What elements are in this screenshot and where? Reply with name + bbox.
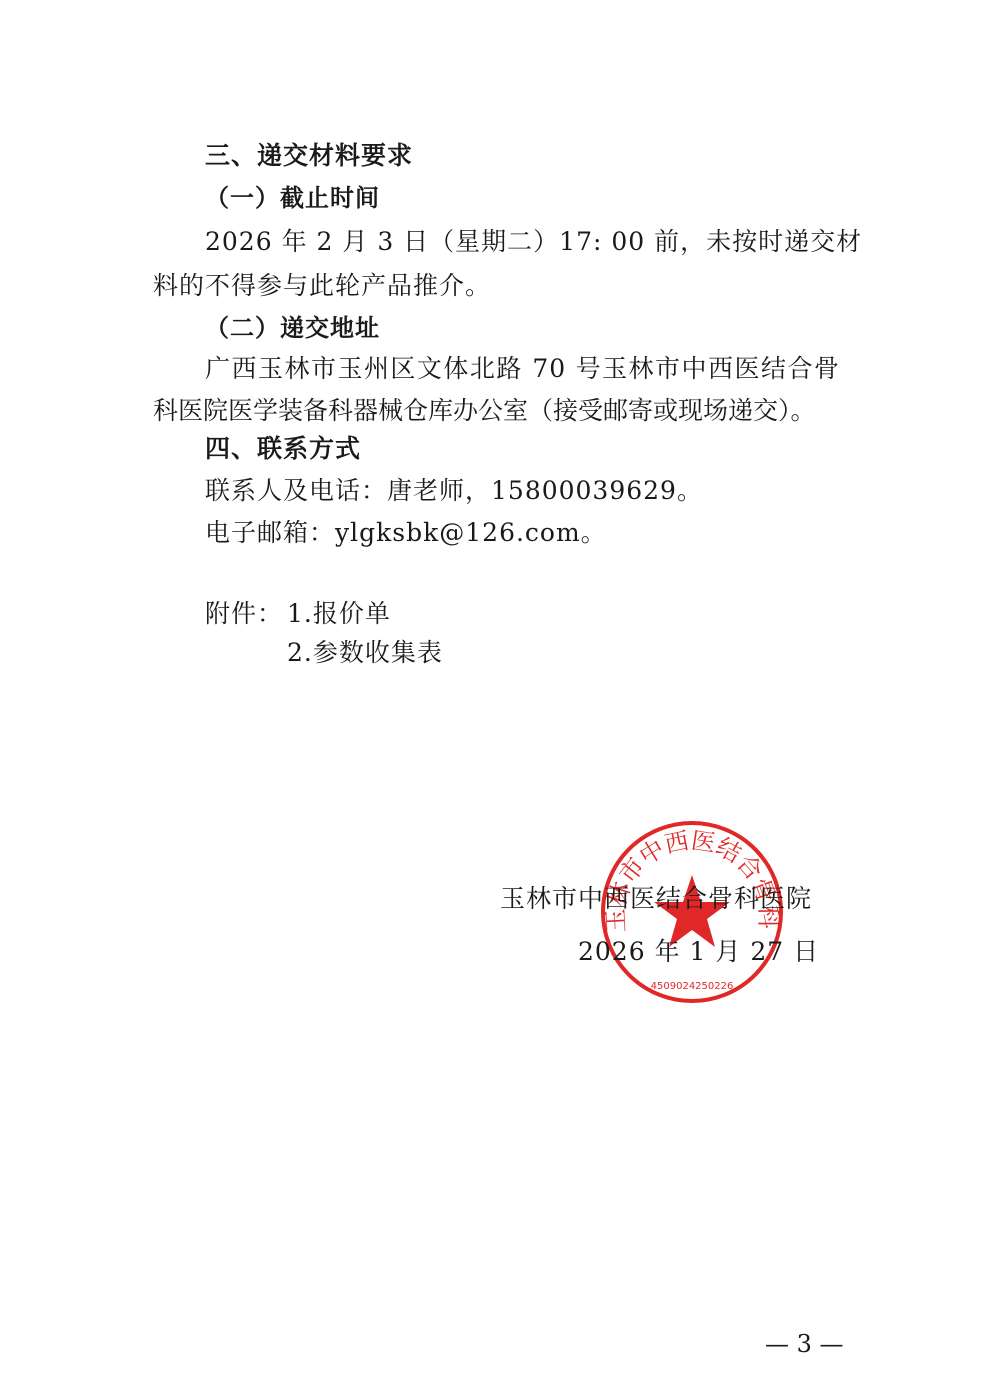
address-text-line2: 科医院医学装备科器械仓库办公室（接受邮寄或现场递交）。 bbox=[153, 391, 816, 427]
svg-text:4509024250226: 4509024250226 bbox=[651, 981, 734, 992]
section4-heading: 四、联系方式 bbox=[205, 429, 361, 465]
section3-heading: 三、递交材料要求 bbox=[205, 136, 413, 172]
contact-line: 联系人及电话：唐老师，15800039629。 bbox=[205, 471, 703, 507]
signature-date: 2026 年 1 月 27 日 bbox=[578, 932, 819, 968]
page-number: — 3 — bbox=[765, 1330, 844, 1358]
deadline-text-line2: 料的不得参与此轮产品推介。 bbox=[153, 266, 491, 302]
attachments-label: 附件： bbox=[205, 594, 283, 630]
address-text-line1: 广西玉林市玉州区文体北路 70 号玉林市中西医结合骨 bbox=[205, 349, 840, 385]
signature-org: 玉林市中西医结合骨科医院 bbox=[500, 879, 812, 915]
deadline-text-line1: 2026 年 2 月 3 日（星期二）17: 00 前，未按时递交材 bbox=[205, 222, 840, 258]
attachment-item-1: 1.报价单 bbox=[287, 594, 391, 630]
attachment-item-2: 2.参数收集表 bbox=[287, 633, 443, 669]
address-heading: （二）递交地址 bbox=[205, 308, 380, 343]
deadline-heading: （一）截止时间 bbox=[205, 178, 380, 213]
email-line: 电子邮箱：ylgksbk@126.com。 bbox=[205, 513, 607, 549]
